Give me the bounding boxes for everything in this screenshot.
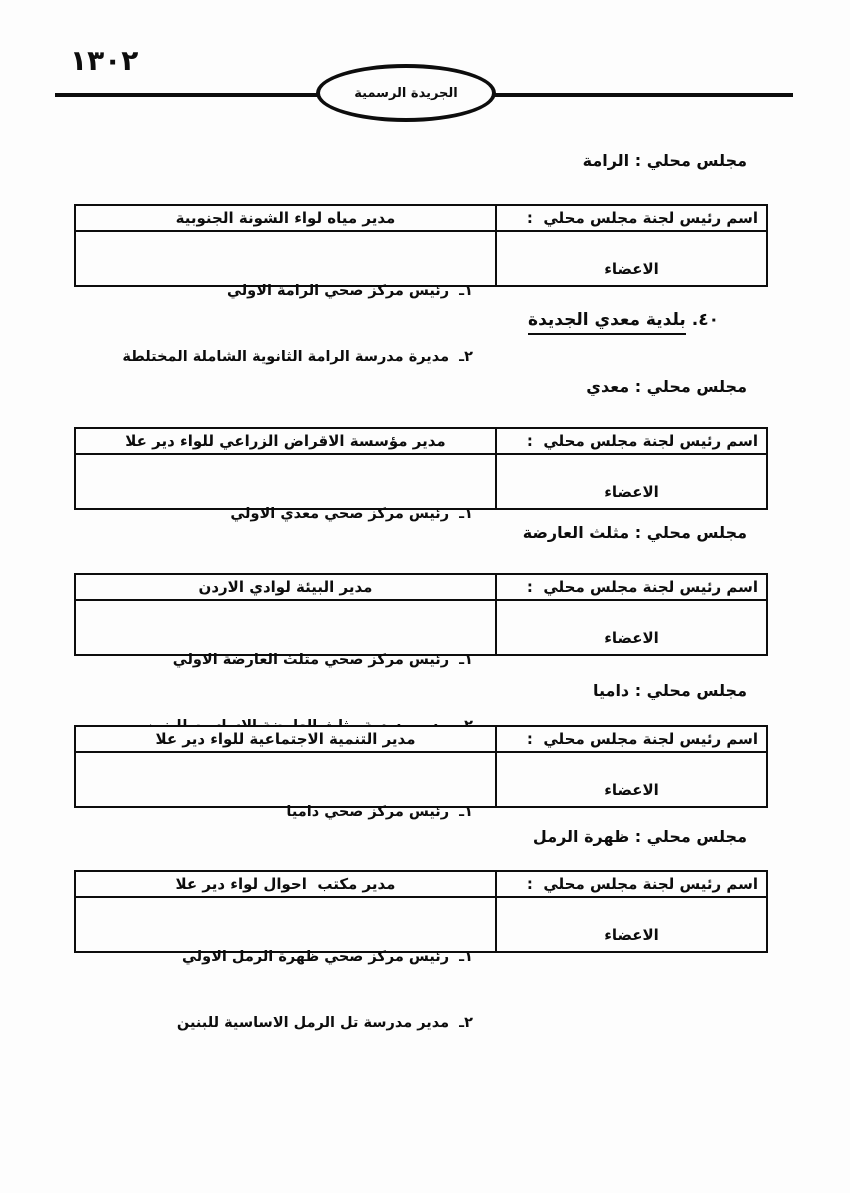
chairman-value-cell: مدير مؤسسة الاقراض الزراعي للواء دير علا <box>76 429 495 455</box>
chairman-label-cell: اسم رئيس لجنة مجلس محلي : <box>495 429 766 455</box>
members-label-cell: الاعضاء <box>495 898 766 951</box>
council-heading-raml: مجلس محلي : ظهرة الرمل <box>74 827 768 846</box>
chairman-value-cell: مدير مياه لواء الشونة الجنوبية <box>76 206 495 232</box>
council-table-damia: اسم رئيس لجنة مجلس محلي : مدير التنمية ا… <box>74 725 768 808</box>
members-list-cell: ١ـ رئيس مركز صحي داميا ٢ـ مدير مدرسة دام… <box>76 753 495 806</box>
gazette-seal: الجريدة الرسمية <box>316 64 496 122</box>
chairman-label-cell: اسم رئيس لجنة مجلس محلي : <box>495 575 766 601</box>
council-table-raml: اسم رئيس لجنة مجلس محلي : مدير مكتب احوا… <box>74 870 768 953</box>
members-label-cell: الاعضاء <box>495 753 766 806</box>
gazette-page: ١٣٠٢ الجريدة الرسمية مجلس محلي : الرامة … <box>0 0 850 1193</box>
members-list-cell: ١ـ رئيس مركز صحي الرامة الاولي ٢ـ مديرة … <box>76 232 495 285</box>
chairman-value-cell: مدير التنمية الاجتماعية للواء دير علا <box>76 727 495 753</box>
council-table-aridah: اسم رئيس لجنة مجلس محلي : مدير البيئة لو… <box>74 573 768 656</box>
member-line: ١ـ رئيس مركز صحي مثلث العارضة الاولي <box>82 649 473 671</box>
member-line: ١ـ رئيس مركز صحي الرامة الاولي <box>82 280 473 302</box>
council-table-muaddi: اسم رئيس لجنة مجلس محلي : مدير مؤسسة الا… <box>74 427 768 510</box>
members-list-cell: ١ـ رئيس مركز صحي معدي الاولي ٢ـ مديرة مد… <box>76 455 495 508</box>
member-line: ٢ـ مدير مدرسة تل الرمل الاساسية للبنين <box>82 1012 473 1034</box>
page-number: ١٣٠٢ <box>70 44 138 77</box>
chairman-label-cell: اسم رئيس لجنة مجلس محلي : <box>495 872 766 898</box>
council-heading-damia: مجلس محلي : داميا <box>74 681 768 700</box>
chairman-label-cell: اسم رئيس لجنة مجلس محلي : <box>495 727 766 753</box>
chairman-value-cell: مدير البيئة لوادي الاردن <box>76 575 495 601</box>
member-line: ٢ـ مديرة مدرسة الرامة الثانوية الشاملة ا… <box>82 346 473 368</box>
council-table-rama: اسم رئيس لجنة مجلس محلي : مدير مياه لواء… <box>74 204 768 287</box>
section-number: ٤٠. <box>686 310 719 330</box>
chairman-label-cell: اسم رئيس لجنة مجلس محلي : <box>495 206 766 232</box>
members-label-cell: الاعضاء <box>495 455 766 508</box>
members-label-cell: الاعضاء <box>495 601 766 654</box>
members-list-cell: ١ـ رئيس مركز صحي ظهرة الرمل الاولي ٢ـ مد… <box>76 898 495 951</box>
members-label-cell: الاعضاء <box>495 232 766 285</box>
gazette-title: الجريدة الرسمية <box>354 86 458 101</box>
council-heading-rama: مجلس محلي : الرامة <box>74 151 768 170</box>
member-line: ١ـ رئيس مركز صحي معدي الاولي <box>82 503 473 525</box>
member-line: ١ـ رئيس مركز صحي ظهرة الرمل الاولي <box>82 946 473 968</box>
member-line: ١ـ رئيس مركز صحي داميا <box>82 801 473 823</box>
members-list-cell: ١ـ رئيس مركز صحي مثلث العارضة الاولي ٢ـ … <box>76 601 495 654</box>
section-title: بلدية معدي الجديدة <box>528 310 686 335</box>
section-heading: ٤٠.بلدية معدي الجديدة <box>74 310 768 330</box>
council-heading-aridah: مجلس محلي : مثلث العارضة <box>74 523 768 542</box>
chairman-value-cell: مدير مكتب احوال لواء دير علا <box>76 872 495 898</box>
council-heading-muaddi: مجلس محلي : معدي <box>74 377 768 396</box>
